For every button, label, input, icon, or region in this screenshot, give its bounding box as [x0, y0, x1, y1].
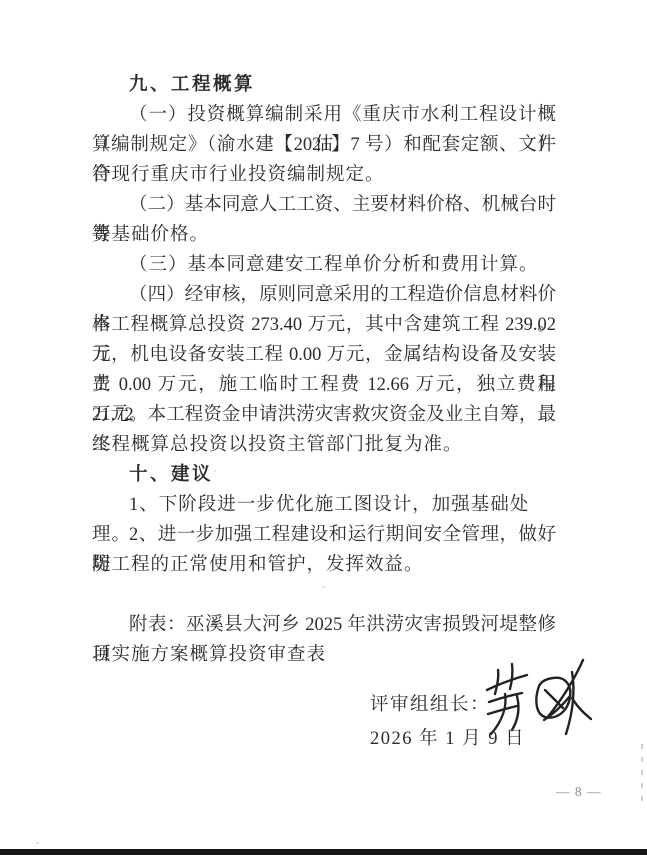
- reviewer-signature-label: 评审组组长：: [370, 690, 490, 720]
- document-line: 合现行重庆市行业投资编制规定。: [92, 160, 556, 190]
- document-line: （三）基本同意建安工程单价分析和费用计算。: [92, 250, 556, 280]
- document-line: 费 0.00 万元，施工临时工程费 12.66 万元，独立费用 21.72: [92, 370, 556, 400]
- document-line: 本工程概算总投资 273.40 万元，其中含建筑工程 239.02 万: [92, 310, 556, 340]
- document-line: 1、下阶段进一步优化施工图设计，加强基础处理。: [92, 490, 556, 520]
- scanned-document-page: 九、工程概算 （一）投资概算编制采用《重庆市水利工程设计概（估） 算编制规定》（…: [0, 0, 647, 855]
- section-heading: 九、工程概算: [92, 70, 556, 100]
- document-body: 九、工程概算 （一）投资概算编制采用《重庆市水利工程设计概（估） 算编制规定》（…: [92, 70, 556, 670]
- scan-speck: [214, 470, 216, 472]
- scan-speck: [36, 842, 39, 844]
- scan-edge-artifact: [641, 744, 643, 806]
- review-date: 2026 年 1 月 9 日: [370, 724, 525, 754]
- document-line: 防工程的正常使用和管护，发挥效益。: [92, 550, 556, 580]
- document-line: （四）经审核，原则同意采用的工程造价信息材料价格。: [92, 280, 556, 310]
- scanner-edge-bar: [0, 849, 647, 855]
- section-heading: 十、建议: [92, 460, 556, 490]
- page-number: — 8 —: [556, 784, 602, 800]
- document-line: 万元。本工程资金申请洪涝灾害救灾资金及业主自筹，最终: [92, 400, 556, 430]
- document-line: 算编制规定》（渝水建【2021】7 号）和配套定额、文件符: [92, 130, 556, 160]
- document-line: 2、进一步加强工程建设和运行期间安全管理，做好堤: [92, 520, 556, 550]
- document-line: 等基础价格。: [92, 220, 556, 250]
- document-line: 工程概算总投资以投资主管部门批复为准。: [92, 430, 556, 460]
- scan-speck: [322, 586, 325, 588]
- document-line: 元，机电设备安装工程 0.00 万元，金属结构设备及安装工程: [92, 340, 556, 370]
- attachment-reference-line: 附表：巫溪县大河乡 2025 年洪涝灾害损毁河堤整修项: [92, 610, 556, 640]
- document-line: （一）投资概算编制采用《重庆市水利工程设计概（估）: [92, 100, 556, 130]
- document-line: （二）基本同意人工工资、主要材料价格、机械台时费: [92, 190, 556, 220]
